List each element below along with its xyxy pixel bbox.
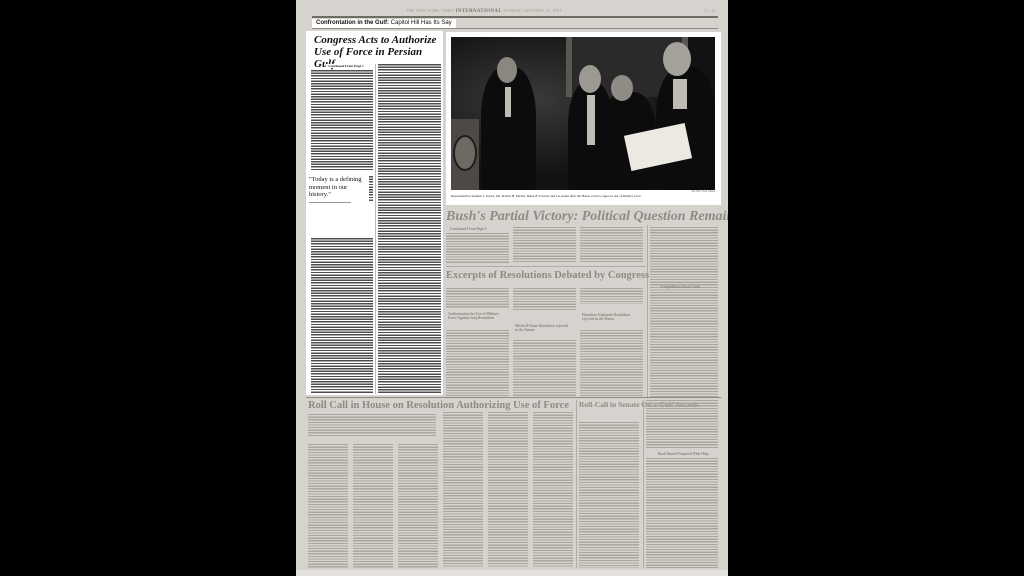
- story-headline-bush: Bush's Partial Victory: Political Questi…: [446, 209, 728, 225]
- senate-divider: [643, 400, 644, 568]
- excerpts-subhead-3: Hamilton-Gephardt Resolution rejected in…: [582, 313, 637, 321]
- shirt-aspin: [673, 79, 687, 109]
- lead-text-col-2: [378, 64, 441, 393]
- top-rule: [312, 16, 718, 18]
- masthead-line: THE NEW YORK TIMES INTERNATIONAL SUNDAY,…: [406, 8, 562, 14]
- rollcall-col-3: [398, 444, 438, 568]
- face-fascell: [611, 75, 633, 101]
- excerpts-text-3b: [580, 330, 643, 396]
- kicker-rule: [312, 28, 718, 29]
- story-headline-rollcall-house: Roll Call in House on Resolution Authori…: [308, 400, 569, 411]
- section-kicker: Confrontation in the Gulf: Capitol Hill …: [312, 19, 456, 28]
- rollcall-col-5: [488, 412, 528, 568]
- face-aspin: [663, 42, 691, 76]
- continued-line-bush: Continued From Page 1: [450, 227, 487, 231]
- photo-credit: The New York Times: [691, 190, 715, 193]
- senate-subhead: Bush Hazed Prepared With Help: [658, 452, 708, 456]
- newspaper-page: THE NEW YORK TIMES INTERNATIONAL SUNDAY,…: [296, 0, 728, 576]
- column-divider: [375, 64, 376, 394]
- rollcall-intro-text: [308, 414, 436, 436]
- lead-text-col-1a: [311, 70, 373, 170]
- bush-text-col-2: [513, 227, 576, 263]
- shirt-solarz: [505, 87, 511, 117]
- pull-quote: "Today is a defining moment in our histo…: [309, 176, 369, 203]
- excerpts-text-1b: [446, 330, 509, 396]
- excerpts-text-3a: [580, 288, 643, 304]
- issue-date: SUNDAY, JANUARY 13, 1991: [503, 8, 561, 13]
- lead-story: Congress Acts to Authorize Use of Force …: [306, 31, 443, 395]
- right-text-col: [650, 227, 718, 397]
- bush-text-col-3: [580, 227, 643, 263]
- kicker-lead: Confrontation in the Gulf:: [316, 20, 389, 26]
- excerpts-subhead-2: Mitchell-Nunn Resolution rejected in the…: [515, 324, 570, 332]
- publication-name: THE NEW YORK TIMES: [406, 8, 454, 13]
- face-michel: [579, 65, 601, 93]
- photo-frame: The New York Times Representative Stephe…: [446, 32, 721, 205]
- photo-seal: [453, 135, 477, 171]
- continued-line: Continued From Page 1: [326, 64, 366, 68]
- senate-text-col-1: [579, 422, 639, 568]
- excerpts-subhead-4: A Republican Hasn't Said: [660, 285, 700, 289]
- section-name: INTERNATIONAL: [456, 9, 502, 14]
- pull-quote-text: "Today is a defining moment in our histo…: [309, 176, 362, 198]
- excerpts-text-1a: [446, 288, 509, 308]
- rollcall-col-4: [443, 412, 483, 568]
- pull-quote-rule: [309, 202, 351, 203]
- lower-section-rule: [306, 397, 721, 398]
- excerpts-subhead-1: Authorization for Use of Military Force …: [448, 312, 503, 320]
- photo-caption: Representative Stephen J. Solarz, left, …: [451, 194, 715, 198]
- bush-bottom-rule: [446, 266, 646, 267]
- masthead: THE NEW YORK TIMES INTERNATIONAL SUNDAY,…: [296, 6, 728, 16]
- rollcall-col-1: [308, 444, 348, 568]
- face-solarz: [497, 57, 517, 83]
- page-bottom-edge: [296, 570, 728, 576]
- bush-text-col-1: [446, 233, 509, 263]
- senate-text-col-2a: [646, 400, 718, 448]
- right-col-divider: [647, 225, 648, 397]
- page-number: L+ 11: [705, 8, 716, 13]
- press-photo: [451, 37, 715, 190]
- excerpts-text-2b: [513, 340, 576, 396]
- senate-text-col-2b: [646, 458, 718, 568]
- figure-solarz: [481, 67, 536, 190]
- rollcall-divider: [576, 400, 577, 568]
- rollcall-col-6: [533, 412, 573, 568]
- lead-text-col-1c: [311, 238, 373, 393]
- shirt-michel: [587, 95, 595, 145]
- story-headline-excerpts: Excerpts of Resolutions Debated by Congr…: [446, 270, 649, 281]
- rollcall-col-2: [353, 444, 393, 568]
- excerpts-text-2a: [513, 288, 576, 310]
- kicker-title: Capitol Hill Has Its Say: [391, 20, 452, 26]
